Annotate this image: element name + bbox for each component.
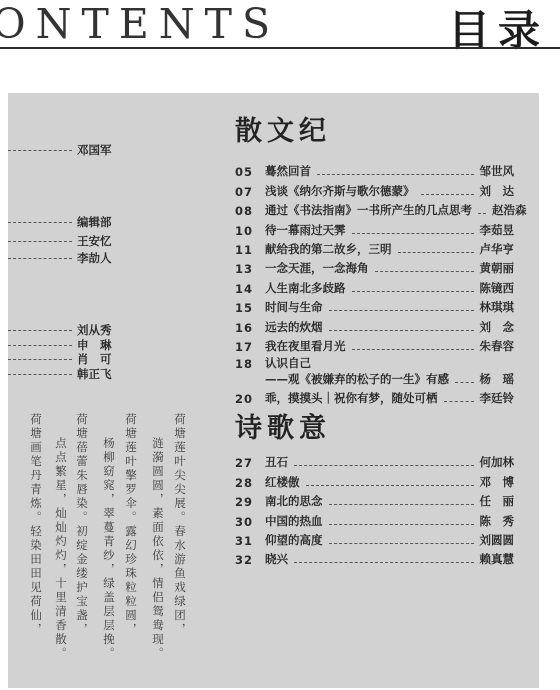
contributor-name: 王安忆 xyxy=(77,233,112,249)
entry-author: 卢华亨 xyxy=(480,241,515,257)
entry-author: 杨 瑶 xyxy=(480,371,515,387)
contributor-row: 肖 可 xyxy=(8,352,138,366)
toc-entry: 29 南北的思念 任 丽 xyxy=(235,490,514,509)
page-number: 11 xyxy=(235,243,265,257)
dotted-leader xyxy=(329,524,474,525)
page-number: 14 xyxy=(235,282,265,296)
dotted-leader xyxy=(317,174,474,175)
entry-author: 李茹昱 xyxy=(480,222,515,238)
toc-entry: 07 浅谈《纳尔齐斯与歌尔德蒙》 刘 达 xyxy=(235,179,514,198)
entry-subtitle: ——观《被嫌弃的松子的一生》有感 xyxy=(265,371,449,387)
calligraphy-column: 点点繁星，灿灿灼灼，十里清香散。 xyxy=(53,437,69,661)
calligraphy-column: 荷塘蓓蕾朱唇染。初绽金缕护宝盏， xyxy=(74,413,90,637)
entry-title: 献给我的第二故乡，三明 xyxy=(265,241,392,257)
page-number: 32 xyxy=(235,553,265,567)
calligraphy-column: 荷塘莲叶擎罗伞。露幻珍珠粒粒圆， xyxy=(123,413,139,637)
dash-leader xyxy=(8,222,72,223)
entry-title: 认识自己 xyxy=(265,355,311,371)
toc-entry: 05 蓦然回首 邹世风 xyxy=(235,160,514,179)
page-number: 18 xyxy=(235,357,265,371)
toc-entry: 20 乖，摸摸头｜祝你有梦，随处可栖 李廷铃 xyxy=(235,387,514,406)
page-number: 29 xyxy=(235,495,265,509)
contents-heading: ONTENTS xyxy=(0,0,280,48)
toc-entry: 31 仰望的高度 刘圆圆 xyxy=(235,529,514,548)
entry-author: 李廷铃 xyxy=(480,390,515,406)
contributor-row: 刘从秀 xyxy=(8,323,138,337)
page-number: 30 xyxy=(235,515,265,529)
toc-entry: 30 中国的热血 陈 秀 xyxy=(235,509,514,528)
toc-entry: 13 一念天涯，一念海角 黄朝丽 xyxy=(235,257,514,276)
contributor-row: 韩正飞 xyxy=(8,367,138,381)
entry-author: 赵浩森 xyxy=(492,202,527,218)
entry-author: 邓 博 xyxy=(480,474,515,490)
contributor-row: 申 琳 xyxy=(8,338,138,352)
toc-entry: 16 远去的炊烟 刘 念 xyxy=(235,315,514,334)
entry-title: 丑石 xyxy=(265,454,288,470)
page-number: 07 xyxy=(235,185,265,199)
dotted-leader xyxy=(329,543,474,544)
contributor-name: 编辑部 xyxy=(77,214,112,230)
dotted-leader xyxy=(455,382,474,383)
dotted-leader xyxy=(444,401,474,402)
dash-leader xyxy=(8,330,72,331)
page-number: 27 xyxy=(235,456,265,470)
toc-entry: 32 晓兴 赖真慧 xyxy=(235,548,514,567)
entry-author: 邹世风 xyxy=(480,163,515,179)
toc-entry: 15 时间与生命 林琪琪 xyxy=(235,296,514,315)
entry-title: 人生南北多歧路 xyxy=(265,280,346,296)
calligraphy-column: 杨柳窈窕，翠蔓青纱，绿盖层层挽。 xyxy=(101,437,117,661)
section-poetry: 诗歌意 27 丑石 何加林 28 红楼傲 邓 博 29 南北的思念 任 丽 xyxy=(235,406,514,567)
entry-title: 乖，摸摸头｜祝你有梦，随处可栖 xyxy=(265,390,438,406)
entry-author: 陈镜西 xyxy=(480,280,515,296)
contributor-name: 肖 可 xyxy=(77,351,112,367)
entry-author: 何加林 xyxy=(480,454,515,470)
page-number: 05 xyxy=(235,165,265,179)
entry-author: 林琪琪 xyxy=(480,299,515,315)
dotted-leader xyxy=(329,330,474,331)
toc-page: ONTENTS 目录 邓国军 编辑部 王安忆 李劼人 刘从秀 申 琳 肖 可 韩… xyxy=(0,0,560,690)
calligraphy-column: 荷塘画笔丹青炼。轻染田田见荷仙， xyxy=(28,413,44,637)
dotted-leader xyxy=(329,504,474,505)
entry-title: 蓦然回首 xyxy=(265,163,311,179)
section-title: 诗歌意 xyxy=(235,406,514,445)
toc-entry: 10 待一幕雨过天霁 李茹昱 xyxy=(235,218,514,237)
dotted-leader xyxy=(294,562,474,563)
entry-title: 远去的炊烟 xyxy=(265,319,323,335)
dash-leader xyxy=(8,241,72,242)
dotted-leader xyxy=(398,252,474,253)
toc-entry: 14 人生南北多歧路 陈镜西 xyxy=(235,276,514,295)
entry-title: 中国的热血 xyxy=(265,513,323,529)
entry-author: 陈 秀 xyxy=(480,513,515,529)
entry-title: 浅谈《纳尔齐斯与歌尔德蒙》 xyxy=(265,183,415,199)
entry-title: 通过《书法指南》一书所产生的几点思考 xyxy=(265,202,472,218)
page-number: 28 xyxy=(235,476,265,490)
page-number: 31 xyxy=(235,534,265,548)
contributor-row: 王安忆 xyxy=(8,234,138,248)
dotted-leader xyxy=(478,213,486,214)
contributor-name: 李劼人 xyxy=(77,250,112,266)
entry-title: 南北的思念 xyxy=(265,493,323,509)
page-number: 20 xyxy=(235,392,265,406)
toc-entry: 11 献给我的第二故乡，三明 卢华亨 xyxy=(235,238,514,257)
dotted-leader xyxy=(294,465,474,466)
dotted-leader xyxy=(375,271,474,272)
page-number: 16 xyxy=(235,321,265,335)
dash-leader xyxy=(8,258,72,259)
entry-author: 朱春容 xyxy=(480,338,515,354)
page-number: 10 xyxy=(235,224,265,238)
entry-author: 黄朝丽 xyxy=(480,260,515,276)
toc-entry: 18 认识自己 ——观《被嫌弃的松子的一生》有感 杨 瑶 xyxy=(235,354,514,387)
dash-leader xyxy=(8,359,72,360)
page-number: 17 xyxy=(235,340,265,354)
entry-title: 红楼傲 xyxy=(265,474,300,490)
contributor-name: 刘从秀 xyxy=(77,322,112,338)
content-panel: 邓国军 编辑部 王安忆 李劼人 刘从秀 申 琳 肖 可 韩正飞 荷塘莲叶尖尖展。… xyxy=(8,93,539,688)
entry-title: 待一幕雨过天霁 xyxy=(265,222,346,238)
dash-leader xyxy=(8,374,72,375)
toc-entry: 28 红楼傲 邓 博 xyxy=(235,470,514,489)
dash-leader xyxy=(8,150,72,151)
dotted-leader xyxy=(352,291,474,292)
entry-author: 刘 达 xyxy=(480,183,515,199)
contributor-row: 邓国军 xyxy=(8,143,138,157)
dotted-leader xyxy=(306,485,474,486)
dotted-leader xyxy=(352,233,474,234)
toc-entry: 17 我在夜里看月光 朱春容 xyxy=(235,335,514,354)
entry-title: 一念天涯，一念海角 xyxy=(265,260,369,276)
page-number: 13 xyxy=(235,262,265,276)
entry-title: 晓兴 xyxy=(265,551,288,567)
section-title: 散文纪 xyxy=(235,109,514,148)
dash-leader xyxy=(8,345,72,346)
dotted-leader xyxy=(329,310,474,311)
calligraphy-column: 荷塘莲叶尖尖展。春水游鱼戏绿团， xyxy=(172,413,188,637)
entry-author: 赖真慧 xyxy=(480,551,515,567)
entry-title: 时间与生命 xyxy=(265,299,323,315)
contributor-row: 编辑部 xyxy=(8,215,138,229)
toc-entry: 08 通过《书法指南》一书所产生的几点思考 赵浩森 xyxy=(235,199,514,218)
contributor-name: 韩正飞 xyxy=(77,366,112,382)
entry-title: 仰望的高度 xyxy=(265,532,323,548)
calligraphy-column: 涟漪圆圆，素面依依，情侣鸳鸯现。 xyxy=(150,437,166,661)
entry-author: 刘 念 xyxy=(480,319,515,335)
page-number: 15 xyxy=(235,301,265,315)
page-number: 08 xyxy=(235,204,265,218)
page-title: 目录 xyxy=(448,0,548,58)
dotted-leader xyxy=(421,194,474,195)
toc-entry: 27 丑石 何加林 xyxy=(235,451,514,470)
entry-title: 我在夜里看月光 xyxy=(265,338,346,354)
dotted-leader xyxy=(352,349,474,350)
section-prose: 散文纪 05 蓦然回首 邹世风 07 浅谈《纳尔齐斯与歌尔德蒙》 刘 达 08 … xyxy=(235,109,514,406)
contributor-name: 邓国军 xyxy=(77,142,112,158)
header-rule xyxy=(0,47,560,49)
entry-author: 刘圆圆 xyxy=(480,532,515,548)
contributor-row: 李劼人 xyxy=(8,251,138,265)
entry-author: 任 丽 xyxy=(480,493,515,509)
